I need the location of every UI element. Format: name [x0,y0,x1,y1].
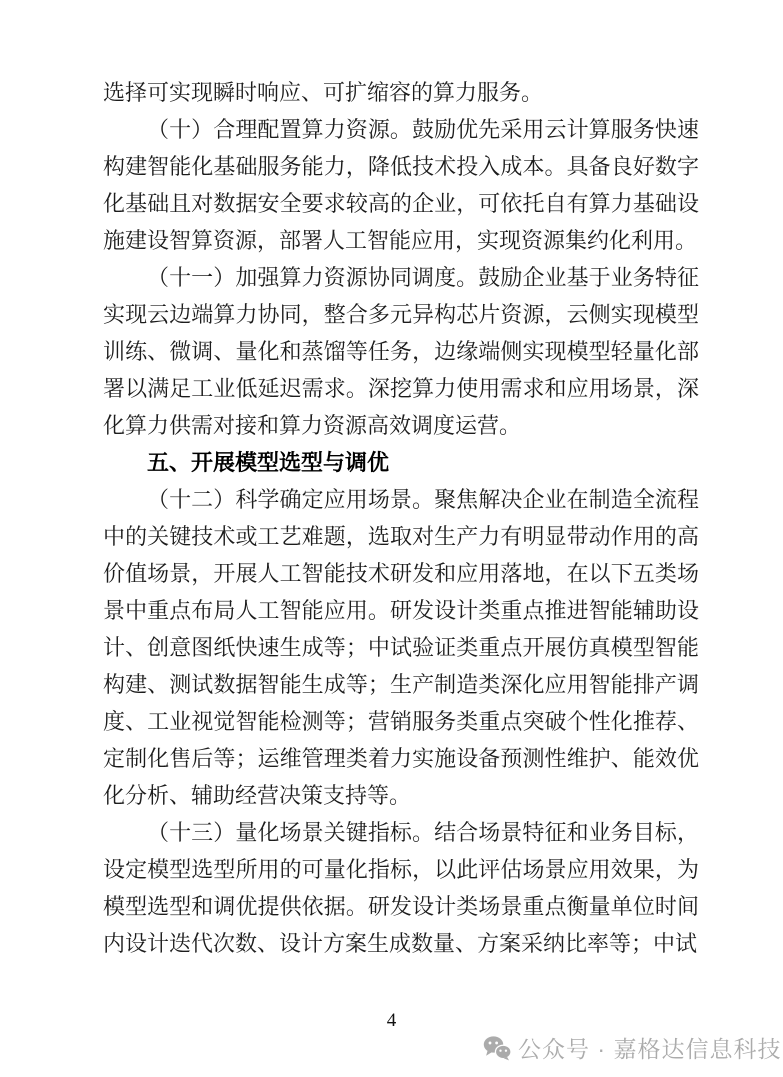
page-number: 4 [0,1010,783,1032]
paragraph-item-13: （十三）量化场景关键指标。结合场景特征和业务目标，设定模型选型所用的可量化指标，… [103,814,699,962]
watermark: 公众号 · 嘉格达信息科技 [483,1031,781,1064]
document-body: 选择可实现瞬时响应、可扩缩容的算力服务。 （十）合理配置算力资源。鼓励优先采用云… [103,74,699,962]
paragraph-item-12: （十二）科学确定应用场景。聚焦解决企业在制造全流程中的关键技术或工艺难题，选取对… [103,481,699,814]
section-heading-5: 五、开展模型选型与调优 [103,444,699,481]
watermark-text: 公众号 · 嘉格达信息科技 [518,1031,781,1064]
paragraph-item-11: （十一）加强算力资源协同调度。鼓励企业基于业务特征实现云边端算力协同，整合多元异… [103,259,699,444]
wechat-icon [483,1035,511,1061]
paragraph-item-10: （十）合理配置算力资源。鼓励优先采用云计算服务快速构建智能化基础服务能力，降低技… [103,111,699,259]
document-page: 选择可实现瞬时响应、可扩缩容的算力服务。 （十）合理配置算力资源。鼓励优先采用云… [0,0,783,1077]
paragraph-continuation: 选择可实现瞬时响应、可扩缩容的算力服务。 [103,74,699,111]
